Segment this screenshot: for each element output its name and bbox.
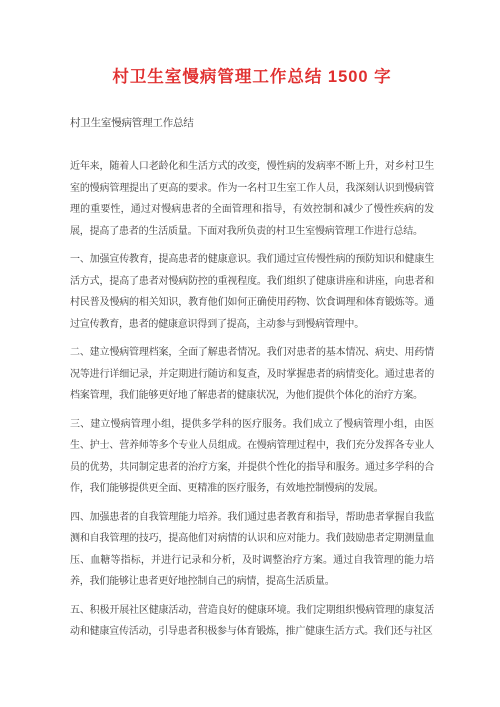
paragraph: 二、建立慢病管理档案，全面了解患者情况。我们对患者的基本情况、病史、用药情况等进… <box>70 342 434 407</box>
document-subtitle: 村卫生室慢病管理工作总结 <box>70 116 434 131</box>
paragraph: 一、加强宣传教育，提高患者的健康意识。我们通过宣传慢性病的预防知识和健康生活方式… <box>70 249 434 335</box>
paragraph: 三、建立慢病管理小组，提供多学科的医疗服务。我们成立了慢病管理小组，由医生、护士… <box>70 414 434 500</box>
paragraph: 五、积极开展社区健康活动，营造良好的健康环境。我们定期组织慢病管理的康复活动和健… <box>70 600 434 643</box>
paragraph: 近年来，随着人口老龄化和生活方式的改变，慢性病的发病率不断上升，对乡村卫生室的慢… <box>70 156 434 242</box>
paragraph: 四、加强患者的自我管理能力培养。我们通过患者教育和指导，帮助患者掌握自我监测和自… <box>70 507 434 593</box>
document-body: 近年来，随着人口老龄化和生活方式的改变，慢性病的发病率不断上升，对乡村卫生室的慢… <box>70 156 434 643</box>
page-title: 村卫生室慢病管理工作总结 1500 字 <box>70 66 434 88</box>
document-page: 村卫生室慢病管理工作总结 1500 字 村卫生室慢病管理工作总结 近年来，随着人… <box>0 0 500 707</box>
